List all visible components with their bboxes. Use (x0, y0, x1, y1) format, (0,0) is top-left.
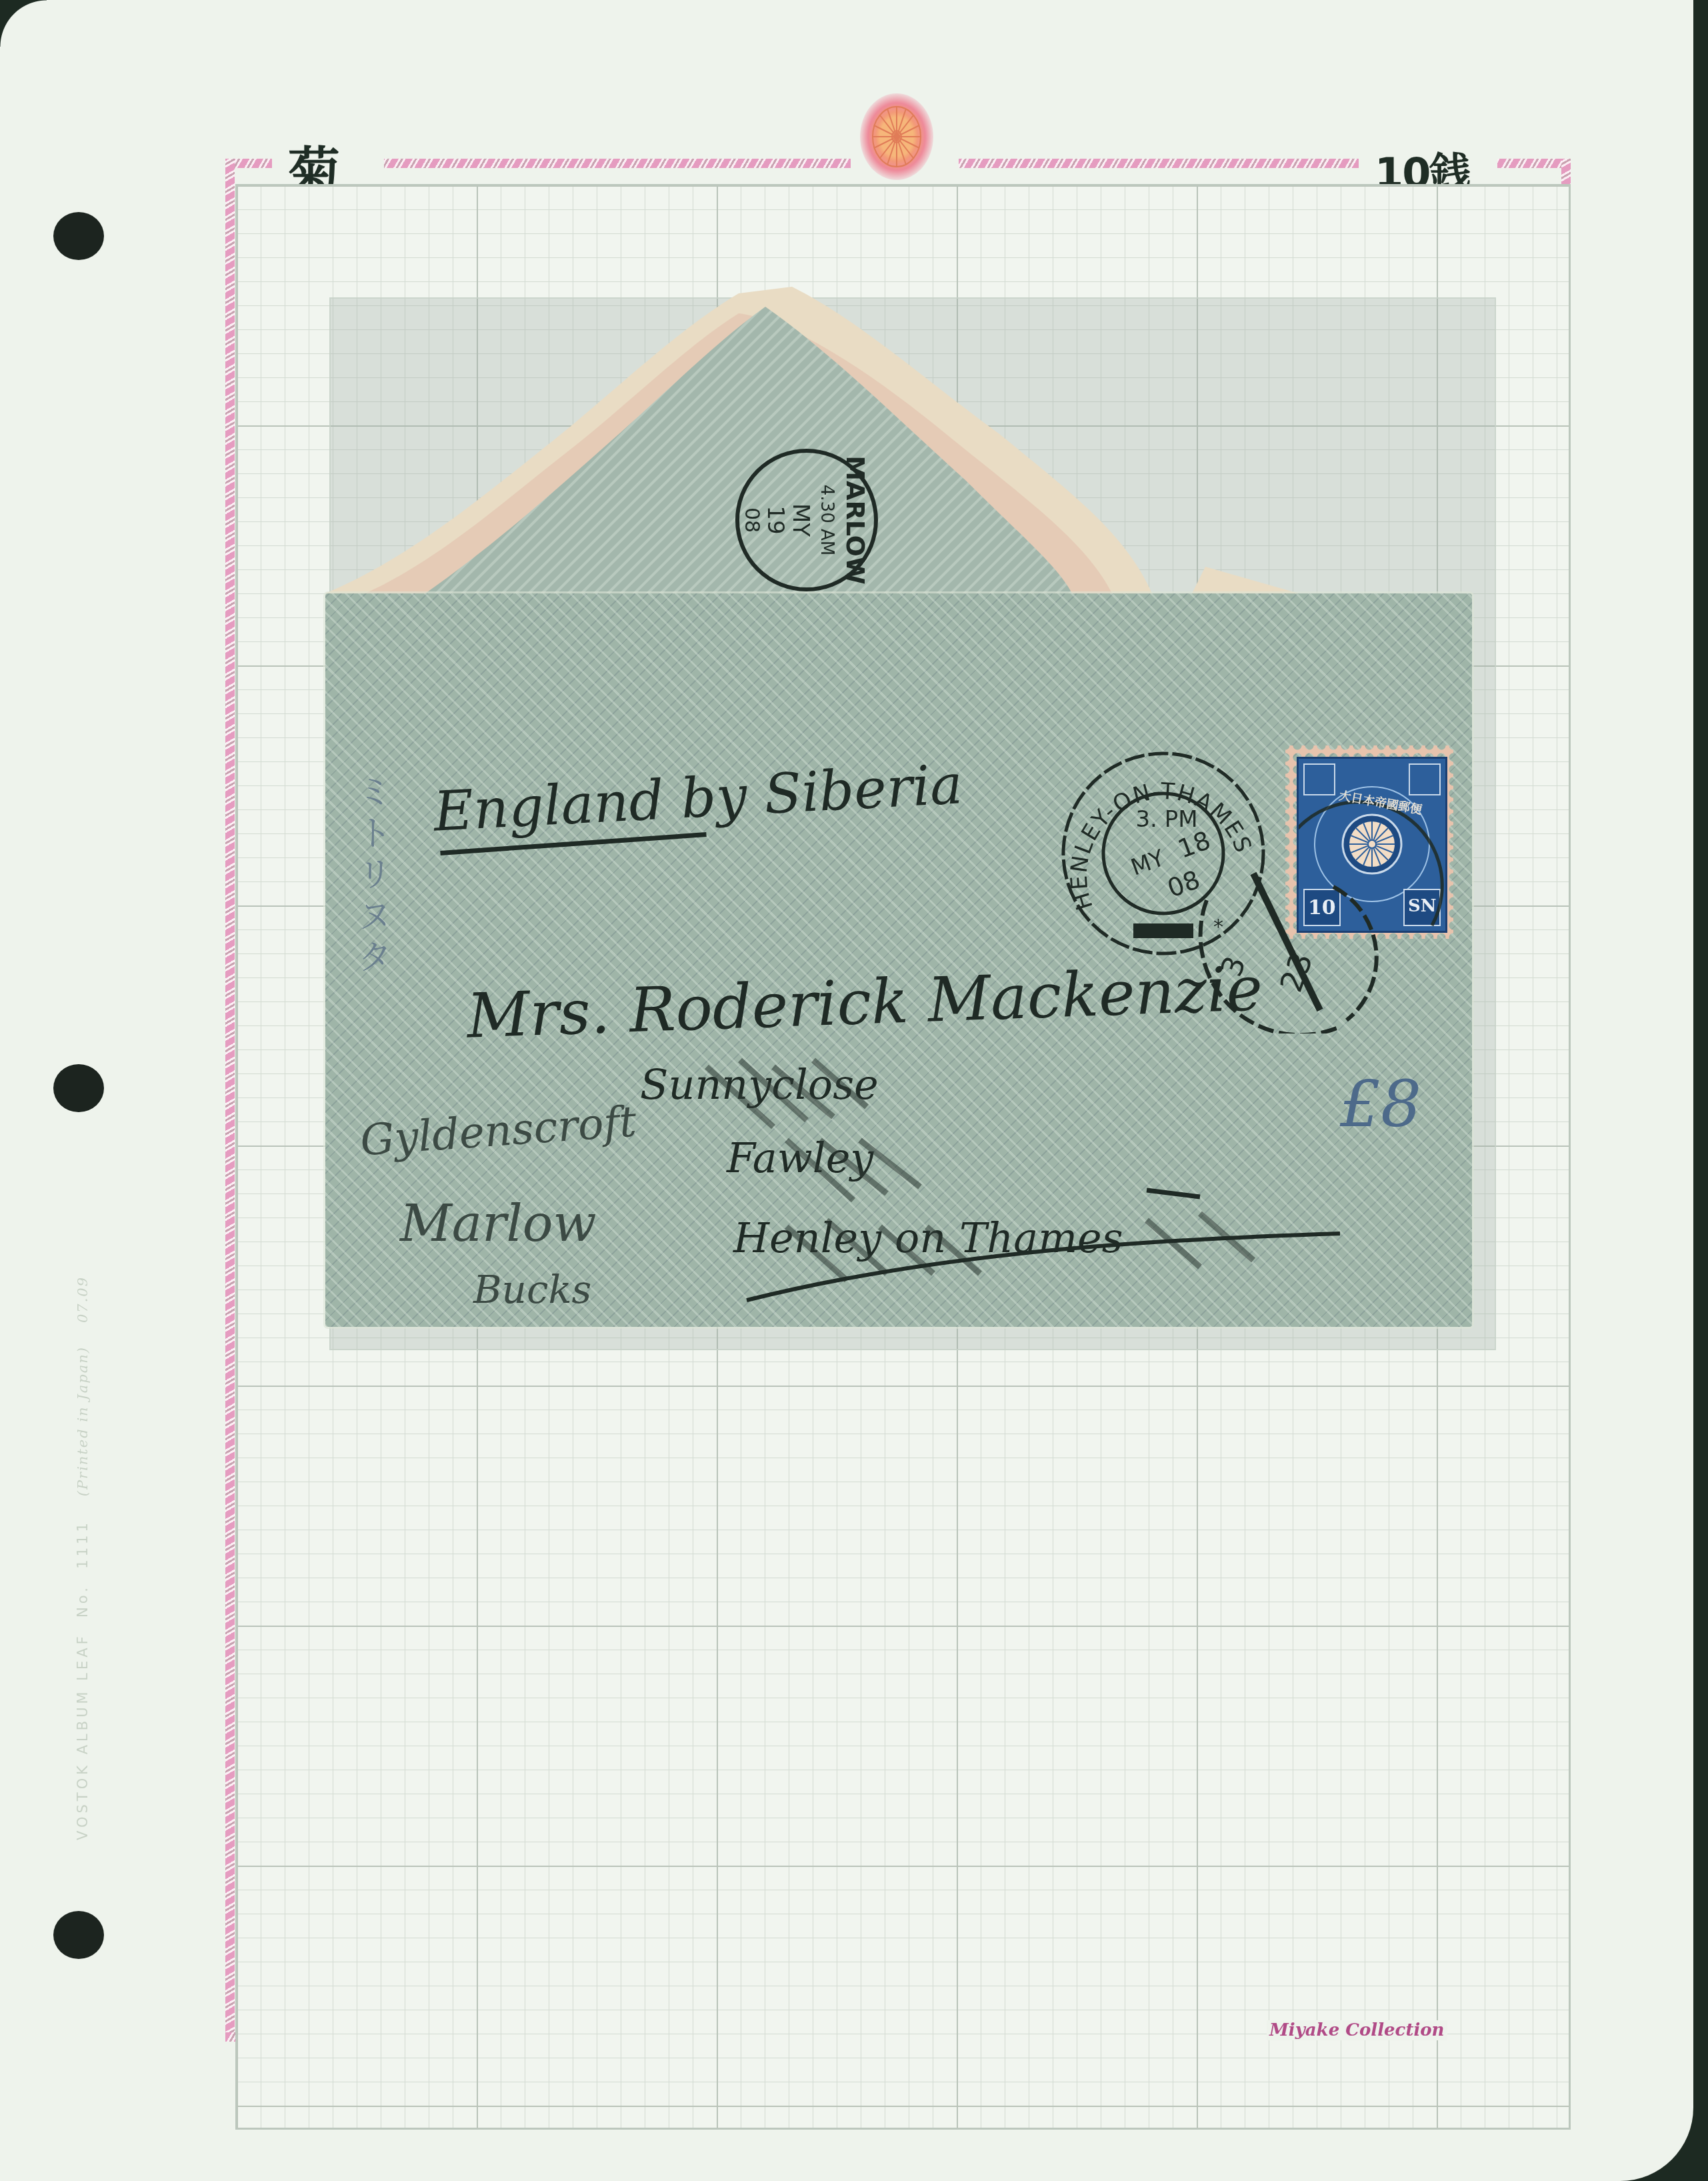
border-top-center-left (384, 159, 851, 168)
leaf-imprint: VOSTOK ALBUM LEAF No. 1111 (Printed in J… (75, 1276, 91, 1840)
binder-hole-bottom (53, 1911, 104, 1959)
border-left (225, 159, 235, 2040)
imprint-number: 1111 (75, 1520, 91, 1568)
marlow-year: 08 (740, 507, 763, 533)
marlow-postmark: MARLOW 4.30 AM MY 19 08 (713, 427, 900, 613)
redirect-address-line-3: Bucks (473, 1267, 591, 1312)
marlow-time: 4.30 AM (817, 485, 837, 555)
pencil-price-note: £8 (1340, 1067, 1421, 1142)
redirect-address-line-2: Marlow (400, 1194, 597, 1253)
imprint-brand: VOSTOK ALBUM LEAF (75, 1633, 91, 1840)
imprint-number-label: No. (75, 1584, 91, 1618)
binder-hole-top (53, 212, 104, 260)
henley-time: 3. PM (1135, 806, 1197, 833)
leaf-corner (0, 0, 47, 47)
border-top-right (1497, 159, 1571, 168)
henley-month: MY (1127, 845, 1168, 881)
imprint-code: 07.09 (75, 1276, 91, 1323)
binder-hole-middle (53, 1064, 104, 1112)
border-top-center-right (959, 159, 1359, 168)
marlow-town: MARLOW (841, 455, 870, 585)
collection-label: Miyake Collection (1267, 2020, 1447, 2040)
marlow-month: MY (787, 503, 814, 537)
address-strike-marks (667, 1053, 1413, 1307)
chrysanthemum-crest-icon (860, 93, 933, 180)
imprint-printed-note: (Printed in Japan) (75, 1346, 91, 1496)
marlow-day: 19 (762, 505, 789, 534)
stamp-value-right: SN (1408, 896, 1437, 916)
album-leaf: VOSTOK ALBUM LEAF No. 1111 (Printed in J… (0, 0, 1693, 2181)
japanese-pencil-annotation: ミトリヌタ (347, 773, 397, 980)
